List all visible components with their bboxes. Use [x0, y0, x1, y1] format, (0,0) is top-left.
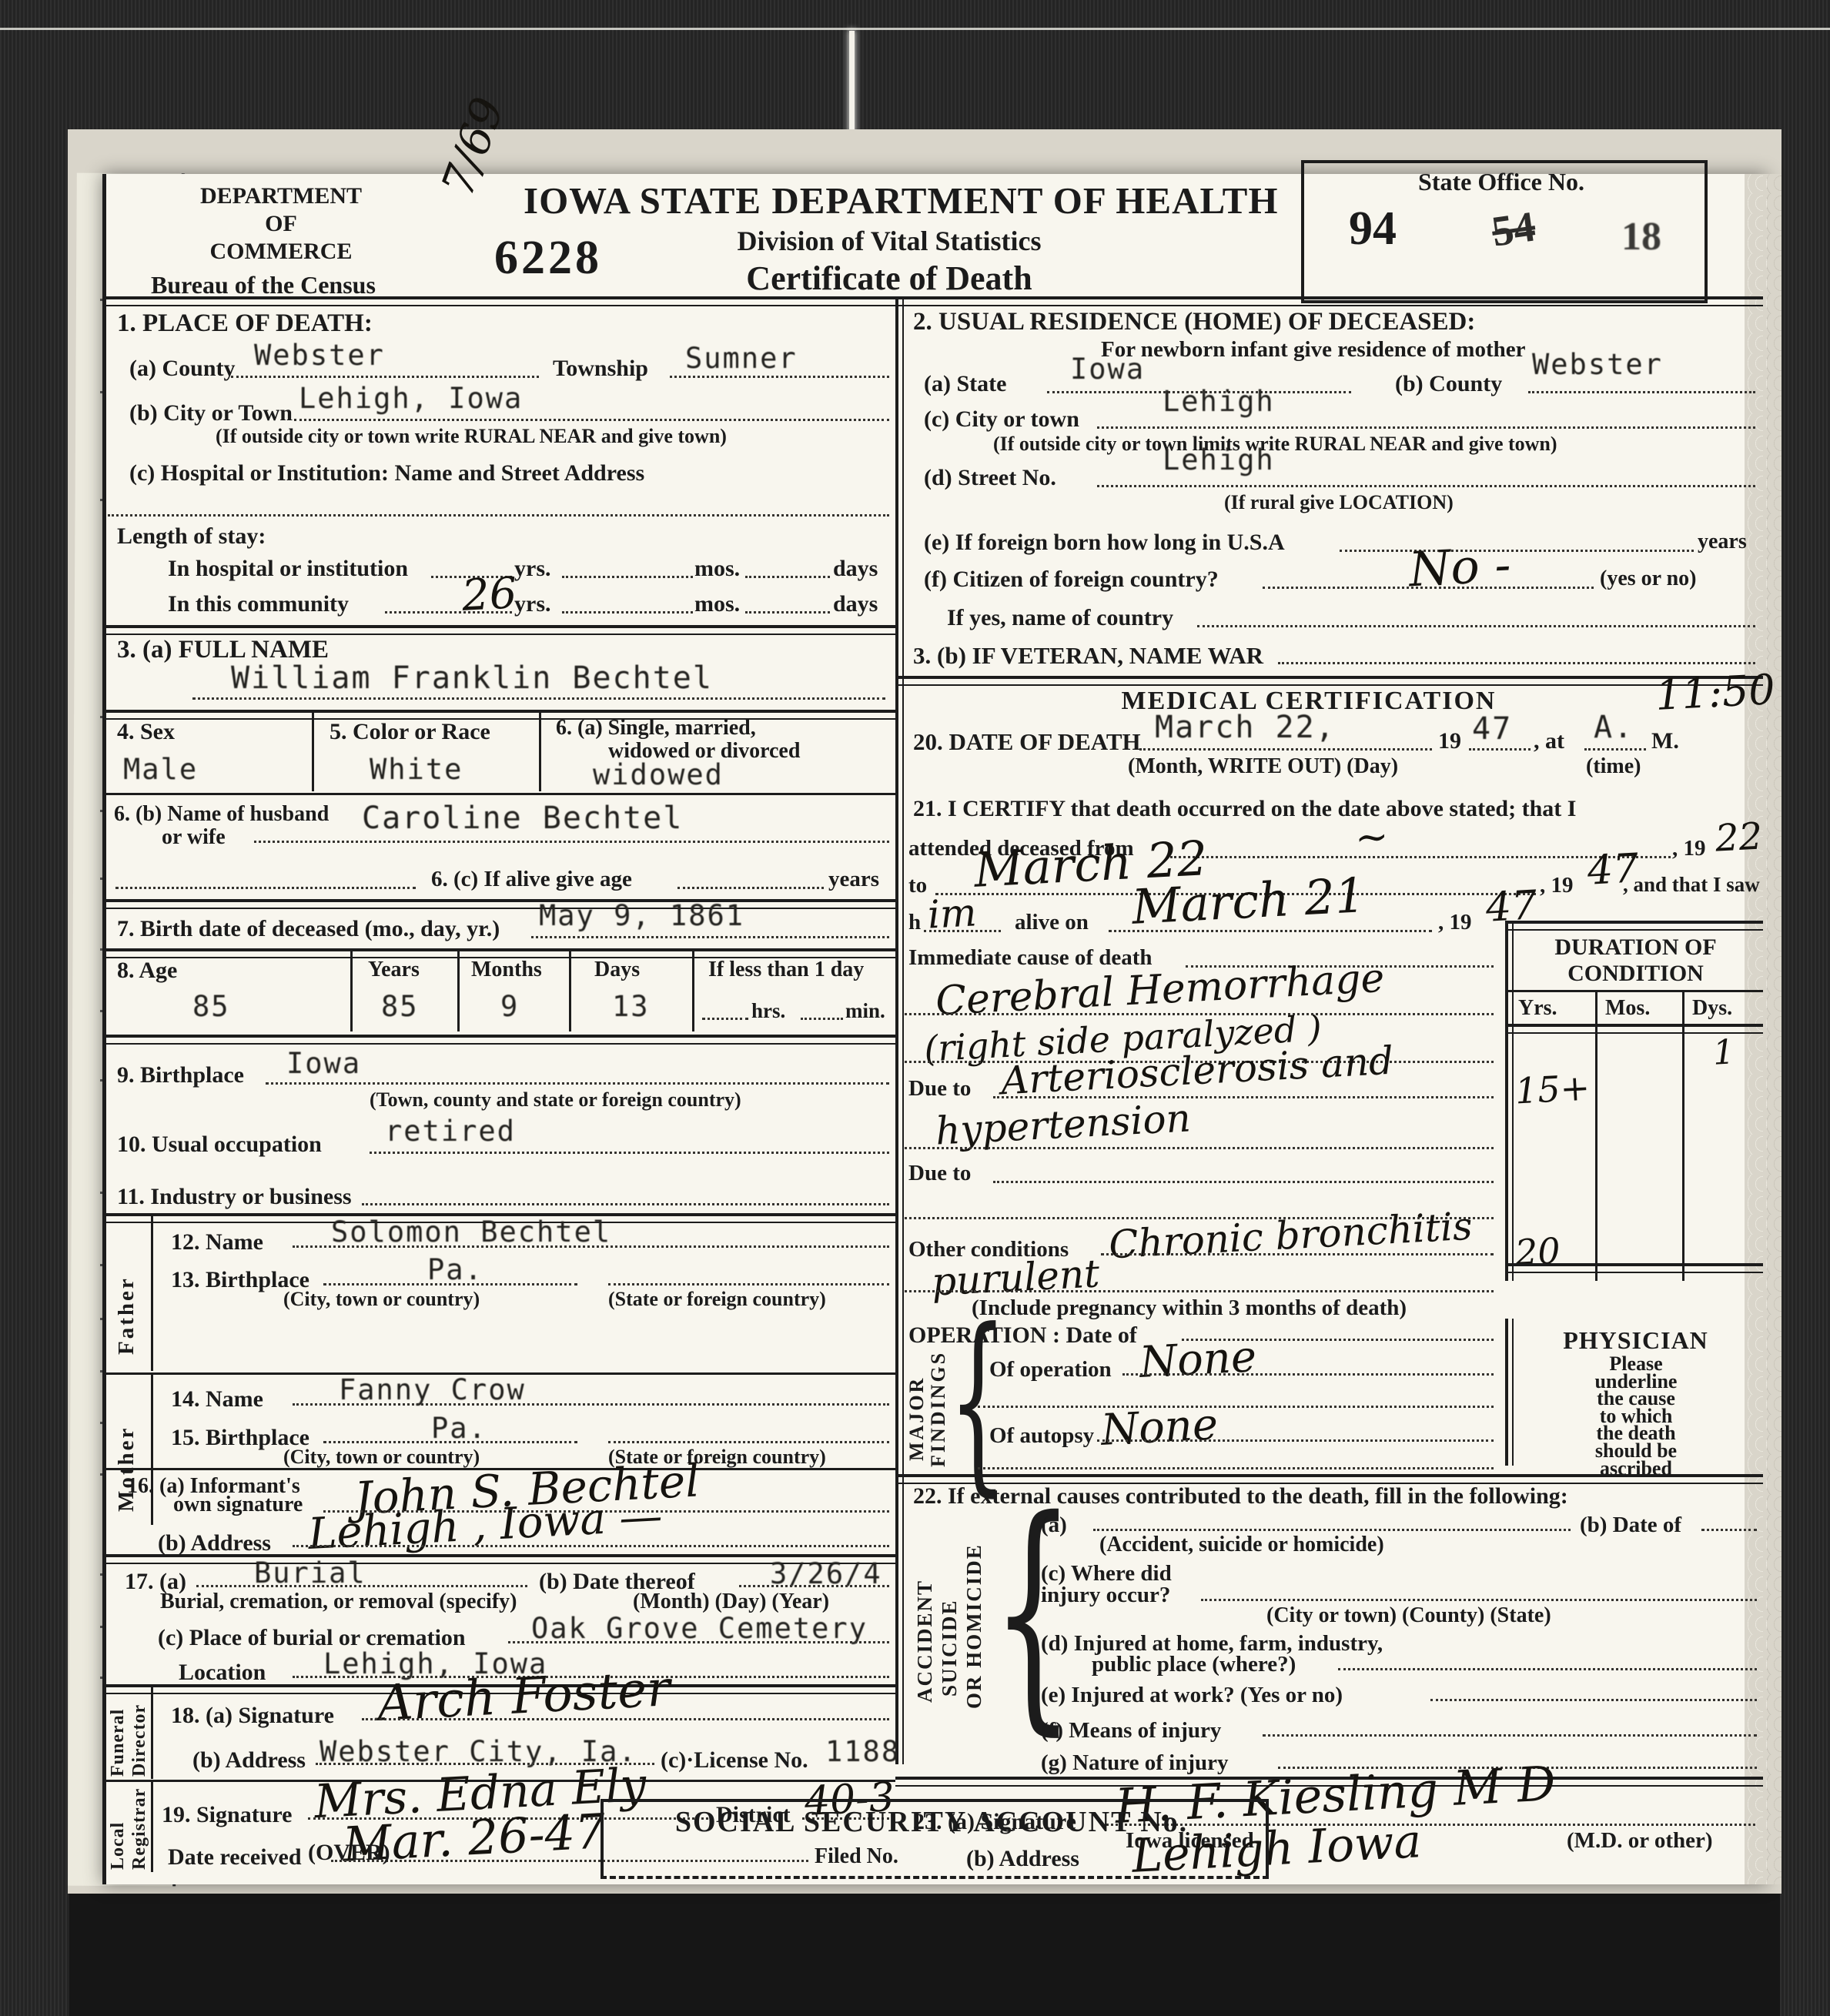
- field-line: [1340, 550, 1694, 552]
- duration-header1: DURATION OF: [1511, 934, 1761, 961]
- duration-mos-header: Mos.: [1605, 996, 1650, 1021]
- sec21-alive-label: alive on: [1015, 910, 1089, 935]
- sec8-months-header: Months: [471, 958, 542, 982]
- rule: [102, 1035, 895, 1045]
- sec18-license-label: (c)·License No.: [661, 1747, 808, 1774]
- sec6b-label-line1: 6. (b) Name of husband: [114, 802, 329, 827]
- field-line: [508, 1641, 889, 1643]
- side-label-divider: [151, 1780, 153, 1872]
- header-dept-line2: OF: [192, 211, 370, 237]
- sec1-hospital-label: (c) Hospital or Institution: Name and St…: [129, 460, 644, 486]
- field-line: [1097, 426, 1755, 429]
- sec15-note1: (City, town or country): [283, 1446, 480, 1469]
- sec1-city-label: (b) City or Town: [129, 400, 293, 426]
- field-line: [385, 611, 512, 613]
- sec2-citizen-value: No -: [1407, 537, 1512, 598]
- sec18-sig-label: 18. (a) Signature: [171, 1703, 334, 1729]
- unit-yrs: yrs.: [514, 591, 551, 617]
- sec21-to-label: to: [908, 873, 927, 898]
- field-line: [677, 887, 824, 889]
- sec2-city-note: (If outside city or town limits write RU…: [993, 433, 1557, 456]
- sec21-alive-prefix: h: [908, 910, 921, 935]
- column-divider: [895, 296, 904, 1764]
- sec20-label: 20. DATE OF DEATH: [913, 728, 1141, 756]
- sec21-attended-19: , 19: [1672, 836, 1706, 861]
- sec21-alive-19: , 19: [1438, 910, 1472, 935]
- sec20-19: 19: [1438, 728, 1461, 754]
- sec6a-label-line1: 6. (a) Single, married,: [556, 716, 756, 741]
- cause-label: Immediate cause of death: [908, 945, 1153, 971]
- cell-divider: [312, 710, 314, 791]
- sec8-label: 8. Age: [117, 958, 177, 984]
- sec2-years-suffix: years: [1698, 530, 1747, 554]
- sec3b-veteran-label: 3. (b) IF VETERAN, NAME WAR: [913, 642, 1263, 670]
- sec2-citizen-label: (f) Citizen of foreign country?: [924, 567, 1219, 593]
- sec22g-label: (g) Nature of injury: [1041, 1750, 1229, 1776]
- sec22a-label: (a): [1041, 1513, 1067, 1538]
- state-office-label: State Office No.: [1301, 168, 1701, 196]
- over-label: (OVER): [308, 1840, 390, 1866]
- dueto2-label: Due to: [908, 1161, 971, 1186]
- field-line: [562, 611, 693, 613]
- field-line: [924, 930, 1001, 932]
- field-line: [293, 1545, 889, 1547]
- header-subtitle: Division of Vital Statistics: [524, 225, 1255, 257]
- field-line: [1338, 1668, 1757, 1670]
- scan-streak-horizontal: [0, 28, 1830, 30]
- sec17b-note: (Month) (Day) (Year): [633, 1590, 829, 1614]
- scanned-death-certificate: th ity City h Year se ness Days use ze d…: [0, 0, 1830, 2016]
- sec2-street-label: (d) Street No.: [924, 465, 1056, 491]
- field-line: [531, 936, 889, 938]
- sec12-label: 12. Name: [171, 1229, 263, 1255]
- field-line: [115, 887, 416, 889]
- sec4-sex-label: 4. Sex: [117, 719, 175, 745]
- scan-streak-top: [849, 31, 855, 132]
- sec2-city-label: (c) City or town: [924, 406, 1079, 433]
- field-line: [1263, 1734, 1757, 1737]
- field-line: [1101, 1253, 1494, 1255]
- side-label-divider: [151, 1684, 153, 1779]
- sec8-less-header: If less than 1 day: [708, 958, 864, 982]
- field-line: [323, 1441, 577, 1443]
- sec21-attended-year: 22: [1715, 814, 1764, 860]
- sec16-addr-label: (b) Address: [158, 1530, 271, 1556]
- unit-yrs: yrs.: [514, 556, 551, 582]
- of-autopsy-value: None: [1099, 1399, 1219, 1456]
- sec20-note1: (Month, WRITE OUT) (Day): [1128, 754, 1398, 779]
- duration-yrs-header: Yrs.: [1518, 996, 1557, 1021]
- sec19-sig-label: 19. Signature: [162, 1802, 292, 1828]
- duration-box-bottom: [1505, 1263, 1763, 1273]
- field-line: [362, 1718, 889, 1720]
- field-line: [266, 1082, 889, 1085]
- field-line: [323, 1283, 577, 1285]
- sec22a-note: (Accident, suicide or homicide): [1099, 1533, 1384, 1557]
- sec1-city-value: Lehigh, Iowa: [299, 382, 523, 415]
- father-side-label: Father: [114, 1232, 139, 1355]
- sec2-city-value: Lehigh: [1163, 385, 1275, 418]
- cell-divider: [457, 948, 460, 1031]
- scan-border-left: [0, 0, 69, 2016]
- rule: [102, 625, 895, 635]
- sec2-foreign-label: (e) If foreign born how long in U.S.A: [924, 530, 1285, 556]
- duration-header2: CONDITION: [1511, 961, 1761, 987]
- sec21-attended-mark: ∼: [1353, 814, 1390, 861]
- field-line: [1109, 930, 1432, 932]
- sec6c-suffix: years: [828, 867, 879, 892]
- field-line: [993, 1181, 1494, 1183]
- cell-divider: [569, 948, 571, 1031]
- field-line: [1197, 625, 1755, 627]
- of-operation-label: Of operation: [989, 1357, 1112, 1382]
- sec8-age-value: 85: [192, 990, 230, 1023]
- sec2-subheading: For newborn infant give residence of mot…: [1101, 337, 1525, 363]
- sec17-loc-label: Location: [179, 1660, 266, 1686]
- sec2-state-value: Iowa: [1070, 353, 1145, 386]
- sec22f-label: (f) Means of injury: [1041, 1718, 1221, 1744]
- field-line: [801, 1018, 843, 1020]
- sec17a-note: Burial, cremation, or removal (specify): [160, 1590, 517, 1614]
- field-line: [905, 1147, 1494, 1149]
- sec5-race-value: White: [370, 753, 463, 786]
- sec8-years-header: Years: [368, 958, 420, 982]
- sec6b-value: Caroline Bechtel: [362, 801, 683, 836]
- sec12-value: Solomon Bechtel: [331, 1215, 611, 1249]
- field-line: [108, 514, 889, 517]
- duration-dys-cause: 1: [1712, 1032, 1736, 1072]
- field-line: [608, 1441, 889, 1443]
- sec21-line1: 21. I CERTIFY that death occurred on the…: [913, 796, 1576, 822]
- sec8-days-value: 13: [612, 990, 650, 1023]
- state-office-num2: 54: [1489, 202, 1538, 256]
- unit-mos: mos.: [694, 556, 740, 582]
- cell-divider: [350, 948, 353, 1031]
- medical-time-handwritten: 11:50: [1654, 665, 1776, 720]
- sec13-note1: (City, town or country): [283, 1288, 480, 1311]
- field-line: [196, 1585, 527, 1587]
- sec20-at: , at: [1534, 728, 1564, 754]
- duration-box-top: [1505, 921, 1763, 931]
- sec22c-label2: injury occur?: [1041, 1583, 1170, 1608]
- field-line: [1469, 748, 1531, 751]
- field-line: [745, 576, 830, 578]
- unit-days: days: [833, 591, 878, 617]
- header-dept-line1: DEPARTMENT: [192, 183, 370, 209]
- sec6b-label-line2: or wife: [162, 825, 226, 850]
- sec8-years-value: 85: [381, 990, 419, 1023]
- duration-yrs-dueto: 15+: [1514, 1066, 1591, 1112]
- duration-header-rule: [1505, 990, 1763, 992]
- sec8-months-value: 9: [500, 990, 519, 1023]
- field-line: [608, 1283, 889, 1285]
- field-line: [1430, 1699, 1757, 1701]
- sec1-county-value: Webster: [254, 339, 385, 372]
- sec13-note2: (State or foreign country): [608, 1288, 826, 1311]
- sec7-value: May 9, 1861: [539, 899, 744, 932]
- sec21-to-19: , 19: [1540, 873, 1574, 898]
- sec13-value: Pa.: [427, 1253, 483, 1286]
- sec7-label: 7. Birth date of deceased (mo., day, yr.…: [117, 916, 500, 942]
- state-office-num1: 94: [1349, 202, 1397, 256]
- sec14-label: 14. Name: [171, 1386, 263, 1413]
- field-line: [1093, 1529, 1571, 1531]
- field-line: [293, 1403, 889, 1406]
- duration-col-divider: [1682, 990, 1684, 1281]
- sec19-date-label: Date received: [168, 1844, 302, 1871]
- sec2-street-value: Lehigh: [1163, 443, 1275, 476]
- sec6c-label: 6. (c) If alive give age: [431, 867, 632, 892]
- sec8-days-header: Days: [594, 958, 640, 982]
- sec2-county-label: (b) County: [1395, 371, 1502, 397]
- unit-mos: mos.: [694, 591, 740, 617]
- rule: [895, 676, 1763, 686]
- sec20-date-value: March 22,: [1155, 710, 1336, 745]
- header-title: IOWA STATE DEPARTMENT OF HEALTH: [524, 179, 1255, 222]
- sec18-license-value: 1188: [825, 1735, 900, 1768]
- field-line: [562, 576, 693, 578]
- dueto1-label: Due to: [908, 1076, 971, 1102]
- field-line: [702, 1018, 748, 1020]
- duration-dys-header: Dys.: [1692, 996, 1732, 1021]
- pregnancy-note: (Include pregnancy within 3 months of de…: [972, 1296, 1407, 1321]
- funeral-side-label2: Director: [129, 1690, 150, 1777]
- sec8-hrs: hrs.: [751, 999, 785, 1023]
- field-line: [993, 1096, 1494, 1098]
- sec11-label: 11. Industry or business: [117, 1184, 352, 1210]
- field-line: [1201, 1599, 1757, 1601]
- field-line: [1278, 662, 1755, 664]
- field-line: [1097, 485, 1755, 487]
- sec1-hosp-stay-label: In hospital or institution: [168, 556, 408, 582]
- sec9-label: 9. Birthplace: [117, 1062, 244, 1088]
- sec2-citizen-suffix: (yes or no): [1600, 567, 1696, 591]
- sec22e-label: (e) Injured at work? (Yes or no): [1041, 1683, 1343, 1708]
- sec2-county-value: Webster: [1532, 348, 1663, 381]
- sec1-length-label: Length of stay:: [117, 523, 266, 550]
- sec2-state-label: (a) State: [924, 371, 1006, 397]
- sec2-heading: 2. USUAL RESIDENCE (HOME) OF DECEASED:: [913, 308, 1475, 336]
- sec22-brace: {: [992, 1468, 1075, 1757]
- funeral-side-label1: Funeral: [108, 1690, 129, 1777]
- sec22d-label2: public place (where?): [1092, 1652, 1296, 1677]
- field-line: [1122, 1373, 1494, 1376]
- sec21-to-suffix: , and that I saw: [1623, 873, 1760, 897]
- sec8-min: min.: [845, 999, 885, 1023]
- header-doc-title: Certificate of Death: [524, 259, 1255, 298]
- field-line: [293, 1245, 889, 1248]
- sec2-street-note: (If rural give LOCATION): [1224, 491, 1454, 514]
- rule-header: [102, 296, 1763, 306]
- sec10-value: retired: [385, 1115, 516, 1148]
- header-bureau: Bureau of the Census: [151, 271, 376, 299]
- sec16-label2: own signature: [173, 1493, 303, 1517]
- rule: [102, 899, 895, 909]
- sec22c-note: (City or town) (County) (State): [1266, 1603, 1551, 1628]
- side-label-divider: [151, 1372, 153, 1525]
- rule: [102, 793, 895, 795]
- duration-col-divider: [1595, 990, 1597, 1281]
- sec20-m: M.: [1651, 728, 1679, 754]
- scan-border-top: [0, 0, 1830, 132]
- field-line: [745, 611, 830, 613]
- sec9-note: (Town, county and state or foreign count…: [370, 1088, 741, 1112]
- field-line: [192, 697, 885, 700]
- ssa-label: SOCIAL SECURITY ACCOUNT No.: [601, 1805, 1263, 1839]
- sec22-side1: ACCIDENT: [913, 1518, 937, 1703]
- sec6a-value: widowed: [593, 758, 724, 791]
- field-line: [231, 376, 539, 378]
- field-line: [978, 1406, 1494, 1408]
- sec1-community-label: In this community: [168, 591, 349, 617]
- sec1-county-label: (a) County: [129, 356, 236, 382]
- sec9-value: Iowa: [286, 1047, 361, 1080]
- field-line: [1528, 391, 1755, 393]
- sec1-township-value: Sumner: [685, 342, 798, 375]
- registrar-side-label2: Registrar: [129, 1784, 150, 1870]
- sec4-sex-value: Male: [123, 753, 198, 786]
- physician-heading: PHYSICIAN: [1511, 1326, 1761, 1355]
- sec3-value: William Franklin Bechtel: [231, 660, 713, 696]
- field-line: [1701, 1529, 1757, 1531]
- sec20-ampm-value: A.: [1594, 710, 1634, 745]
- sec20-year-value: 47: [1472, 711, 1512, 747]
- field-line: [670, 376, 889, 378]
- of-autopsy-label: Of autopsy: [989, 1423, 1094, 1449]
- sec20-note2: (time): [1586, 754, 1641, 779]
- cell-divider: [692, 948, 694, 1031]
- field-line: [739, 1585, 889, 1587]
- sec14-value: Fanny Crow: [339, 1373, 526, 1406]
- sec22-side3: OR HOMICIDE: [962, 1512, 986, 1709]
- sec22-side2: SUICIDE: [938, 1524, 962, 1697]
- unit-days: days: [833, 556, 878, 582]
- sec18-addr-label: (b) Address: [192, 1747, 306, 1774]
- field-line: [1139, 748, 1432, 751]
- field-line: [362, 1203, 889, 1205]
- scan-border-right: [1780, 0, 1830, 2016]
- major-findings-side2: FINDINGS: [927, 1344, 950, 1467]
- field-line: [1097, 1439, 1494, 1442]
- field-line: [294, 419, 889, 421]
- field-line: [370, 1152, 889, 1154]
- cell-divider: [539, 710, 541, 791]
- side-label-divider: [151, 1213, 153, 1371]
- sec1-city-note: (If outside city or town write RURAL NEA…: [216, 425, 727, 448]
- of-operation-value: None: [1138, 1332, 1257, 1388]
- sec23-md-note: (M.D. or other): [1567, 1828, 1713, 1854]
- field-line: [1584, 748, 1646, 751]
- sec5-race-label: 5. Color or Race: [330, 719, 490, 745]
- field-line: [254, 841, 889, 843]
- registrar-side-label1: Local: [108, 1784, 129, 1870]
- sec1-heading: 1. PLACE OF DEATH:: [117, 309, 373, 338]
- sec22b-label: (b) Date of: [1580, 1513, 1681, 1538]
- sec2-country-label: If yes, name of country: [947, 605, 1173, 631]
- state-office-num3: 18: [1621, 214, 1661, 259]
- header-dept-line3: COMMERCE: [192, 239, 370, 265]
- sec1-township-label: Township: [553, 356, 648, 382]
- major-findings-side1: MAJOR: [905, 1350, 928, 1461]
- sec10-label: 10. Usual occupation: [117, 1132, 322, 1158]
- rule: [102, 710, 895, 720]
